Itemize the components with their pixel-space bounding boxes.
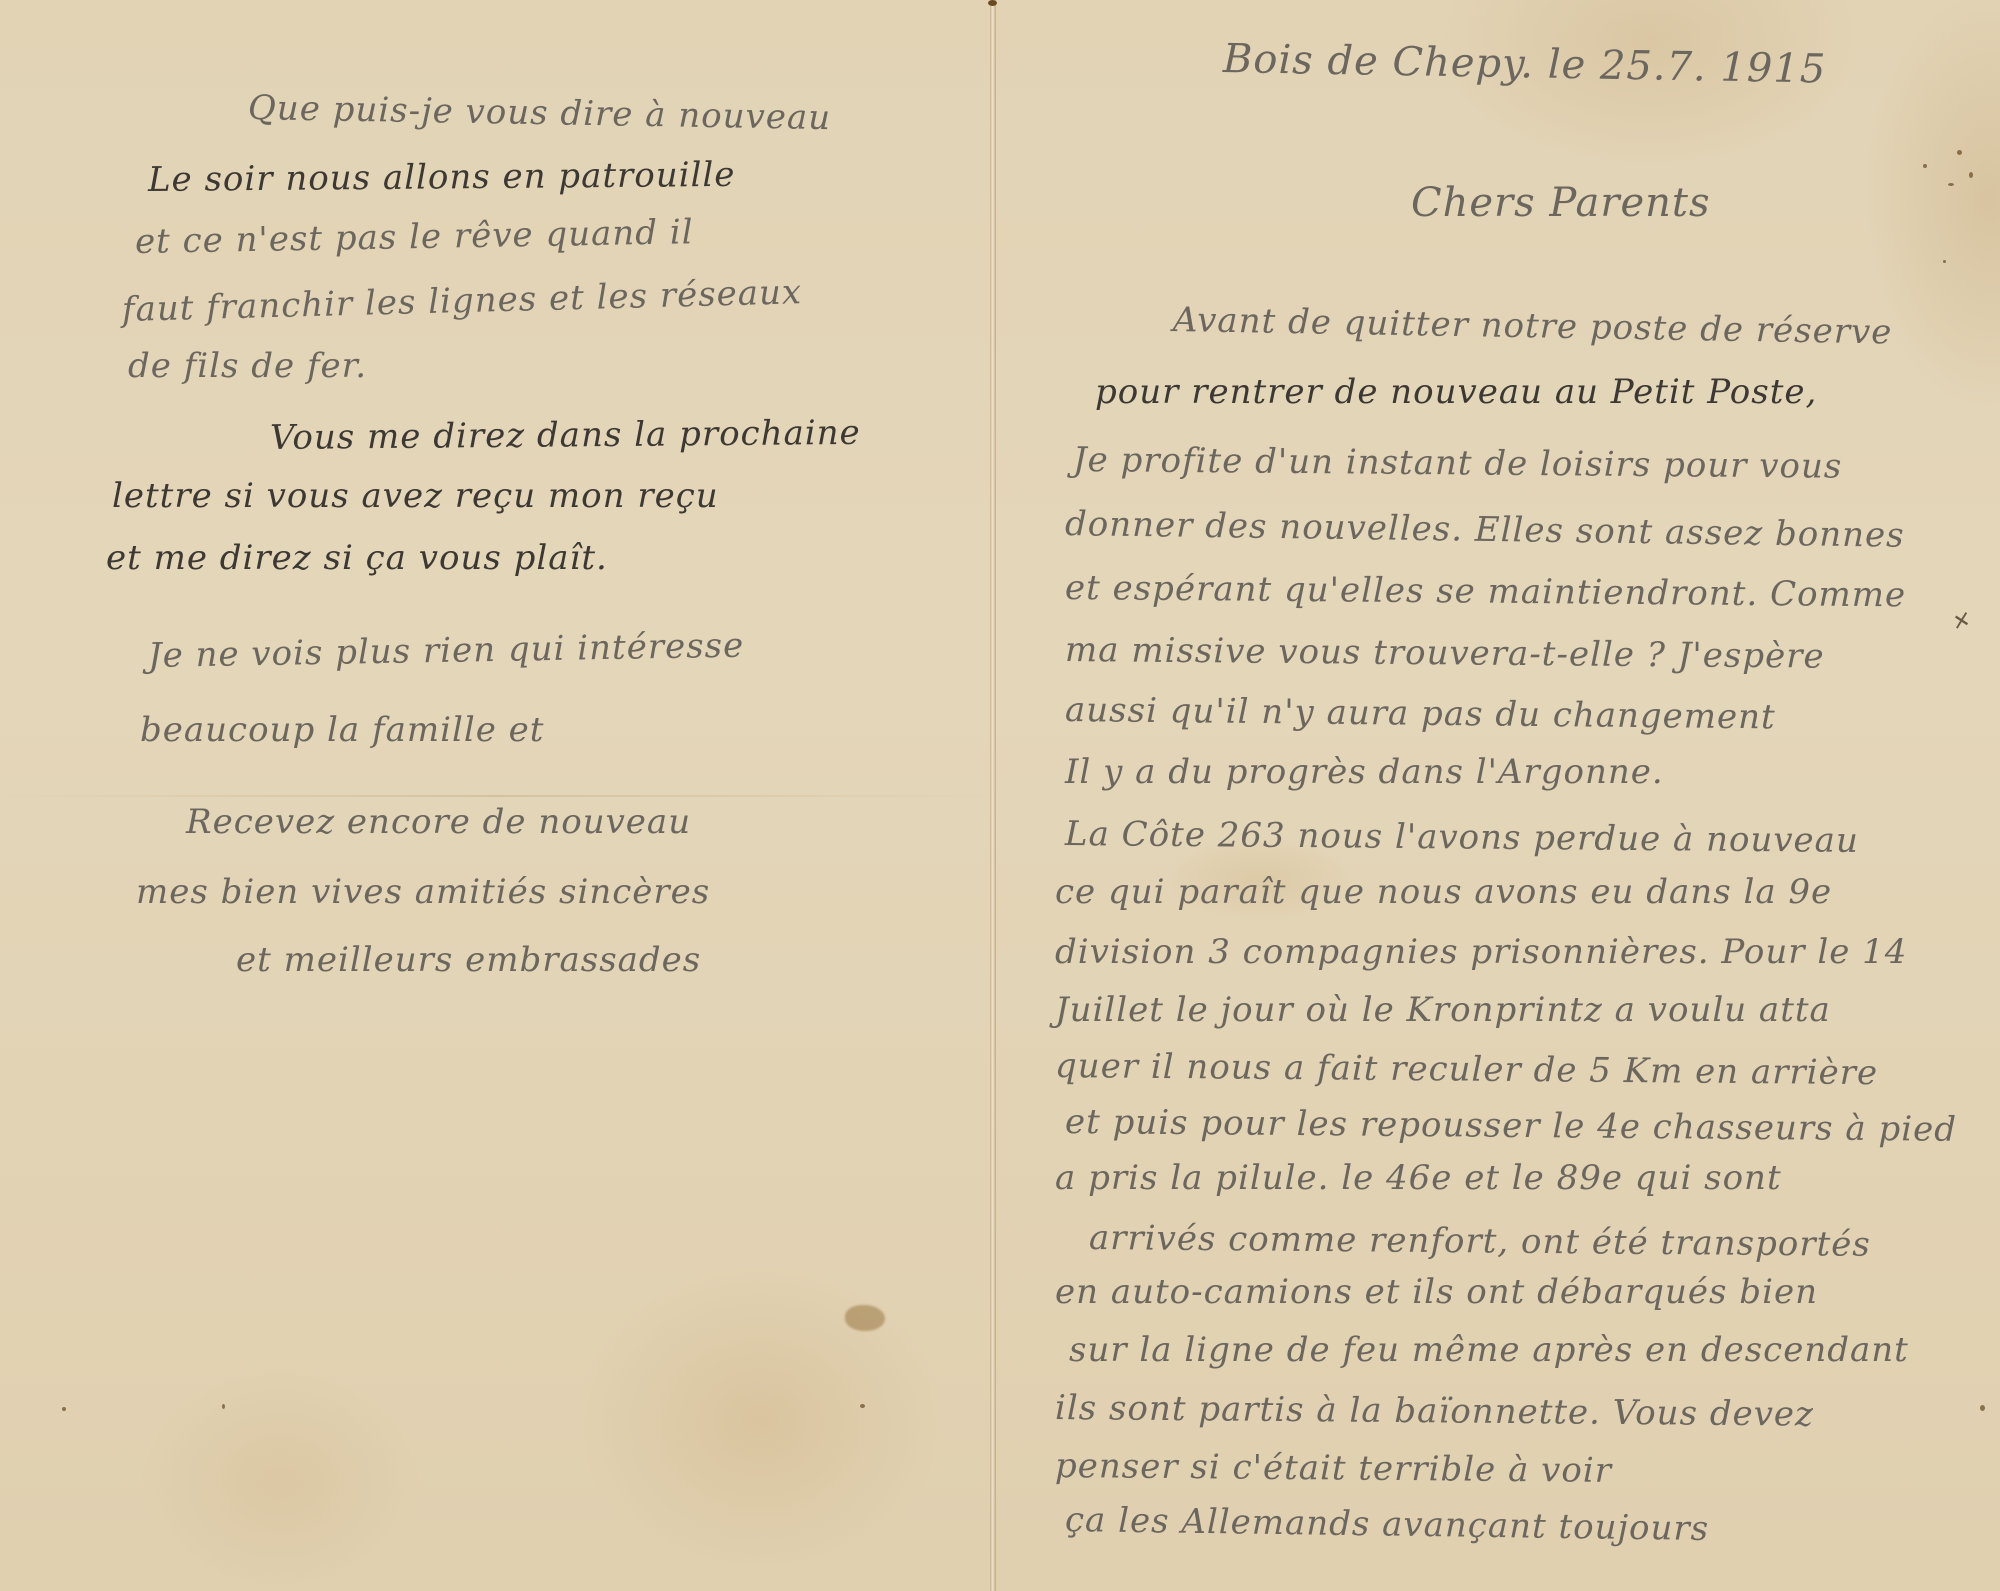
letter-line: La Côte 263 nous l'avons perdue à nouvea… xyxy=(1065,814,1859,861)
ink-stain xyxy=(845,1305,885,1331)
letter-line: Juillet le jour où le Kronprintz a voulu… xyxy=(1055,990,1831,1030)
letter-line: en auto-camions et ils ont débarqués bie… xyxy=(1055,1272,1818,1312)
letter-line: arrivés comme renfort, ont été transport… xyxy=(1089,1218,1871,1265)
letter-line: et meilleurs embrassades xyxy=(236,940,701,980)
left-page: Que puis-je vous dire à nouveau Le soir … xyxy=(0,0,993,1591)
letter-line: Il y a du progrès dans l'Argonne. xyxy=(1065,752,1664,792)
letter-line: Vous me direz dans la prochaine xyxy=(270,413,861,458)
paper-speck xyxy=(1980,1405,1985,1411)
paper-speck xyxy=(222,1404,225,1409)
letter-line: Je ne vois plus rien qui intéresse xyxy=(148,626,745,676)
letter-line: beaucoup la famille et xyxy=(140,710,544,750)
paper-speck xyxy=(1943,260,1946,263)
letter-line: aussi qu'il n'y aura pas du changement xyxy=(1065,690,1776,737)
letter-line: ils sont partis à la baïonnette. Vous de… xyxy=(1055,1388,1814,1435)
letter-line: faut franchir les lignes et les réseaux xyxy=(121,272,802,330)
margin-mark: ✕ xyxy=(1947,608,1973,638)
letter-line: division 3 compagnies prisonnières. Pour… xyxy=(1055,932,1907,972)
letter-line: sur la ligne de feu même après en descen… xyxy=(1069,1330,1909,1370)
letter-line: mes bien vives amitiés sincères xyxy=(136,872,710,912)
right-page: Bois de Chepy. le 25.7. 1915 Chers Paren… xyxy=(993,0,2000,1591)
letter-line: lettre si vous avez reçu mon reçu xyxy=(112,476,719,516)
letter-line: Recevez encore de nouveau xyxy=(186,802,691,842)
letter-line: ça les Allemands avançant toujours xyxy=(1065,1500,1710,1549)
letter-line: et espérant qu'elles se maintiendront. C… xyxy=(1065,568,1906,615)
paper-speck xyxy=(62,1407,66,1411)
letter-line: donner des nouvelles. Elles sont assez b… xyxy=(1065,504,1905,556)
paper-speck xyxy=(1957,150,1962,155)
letter-line: Que puis-je vous dire à nouveau xyxy=(248,88,832,138)
letter-line: Je profite d'un instant de loisirs pour … xyxy=(1073,440,1843,487)
letter-line: Avant de quitter notre poste de réserve xyxy=(1173,300,1893,353)
salutation: Chers Parents xyxy=(1411,180,1711,226)
letter-line: ce qui paraît que nous avons eu dans la … xyxy=(1055,872,1832,912)
horizontal-crease xyxy=(0,795,993,797)
paper-speck xyxy=(1969,172,1973,178)
letter-line: a pris la pilule. le 46e et le 89e qui s… xyxy=(1055,1158,1782,1198)
letter-line: et puis pour les repousser le 4e chasseu… xyxy=(1065,1102,1957,1150)
letter-line: ma missive vous trouvera-t-elle ? J'espè… xyxy=(1065,630,1825,677)
paper-speck xyxy=(1923,164,1927,168)
letter-line: de fils de fer. xyxy=(128,346,367,386)
letter-line: penser si c'était terrible à voir xyxy=(1055,1446,1612,1491)
paper-speck xyxy=(860,1404,865,1408)
letter-line: Le soir nous allons en patrouille xyxy=(148,155,736,200)
paper-speck xyxy=(1948,183,1954,186)
letter-line: et ce n'est pas le rêve quand il xyxy=(135,212,694,262)
letter-line: quer il nous a fait reculer de 5 Km en a… xyxy=(1055,1046,1878,1093)
letter-scan: Que puis-je vous dire à nouveau Le soir … xyxy=(0,0,2000,1591)
letter-line: et me direz si ça vous plaît. xyxy=(106,538,608,578)
place-date-header: Bois de Chepy. le 25.7. 1915 xyxy=(1223,36,1827,93)
letter-line: pour rentrer de nouveau au Petit Poste, xyxy=(1095,372,1817,412)
